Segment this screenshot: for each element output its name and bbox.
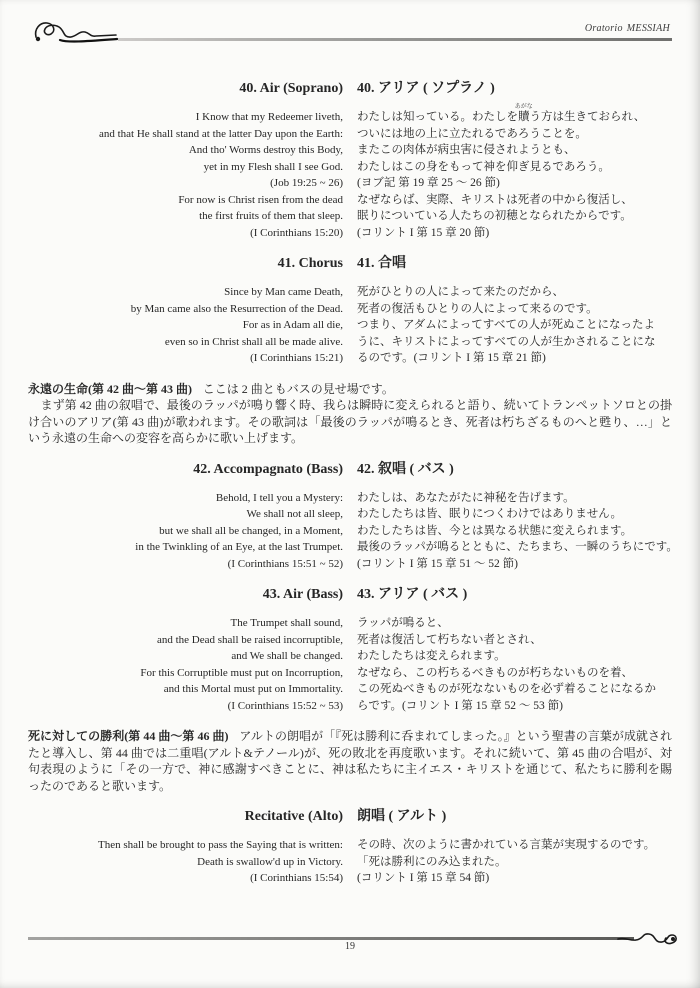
lyric-line: 最後のラッパが鳴るとともに、たちまち、一瞬のうちにです。 <box>357 539 672 556</box>
commentary-paragraph: 死に対しての勝利(第 44 曲〜第 46 曲)アルトの朗唱が「『死は勝利に呑まれ… <box>28 728 672 794</box>
section-40-air-soprano: 40. Air (Soprano) 40. アリア ( ソプラノ ) I Kno… <box>28 80 672 241</box>
commentary-heading: 死に対しての勝利(第 44 曲〜第 46 曲) <box>28 729 229 743</box>
piece-heading: 43. Air (Bass) 43. アリア ( バス ) <box>28 586 672 604</box>
lyrics-japanese: わたしは、あなたがたに神秘を告げます。わたしたちは皆、眠りにつくわけではありませ… <box>357 490 672 573</box>
lyric-line: (ヨブ記 第 19 章 25 〜 26 節) <box>357 175 672 192</box>
lyric-line: (I Corinthians 15:52 ~ 53) <box>28 698 343 715</box>
lyric-line: るのです。(コリント I 第 15 章 21 節) <box>357 350 672 367</box>
lyric-line: Then shall be brought to pass the Saying… <box>28 837 343 854</box>
piece-heading: Recitative (Alto) 朗唱 ( アルト ) <box>28 808 672 826</box>
page-content: 40. Air (Soprano) 40. アリア ( ソプラノ ) I Kno… <box>0 80 700 887</box>
lyric-line: なぜならば、実際、キリストは死者の中から復活し、 <box>357 192 672 209</box>
lyric-line: わたしは、あなたがたに神秘を告げます。 <box>357 490 672 507</box>
lyric-line: Behold, I tell you a Mystery: <box>28 490 343 507</box>
lyric-line: (I Corinthians 15:21) <box>28 350 343 367</box>
lyric-line: 死がひとりの人によって来たのだから、 <box>357 284 672 301</box>
lyric-line: らです。(コリント I 第 15 章 52 〜 53 節) <box>357 698 672 715</box>
lyric-line: またこの肉体が病虫害に侵されようとも、 <box>357 142 672 159</box>
lyric-line: and this Mortal must put on Immortality. <box>28 681 343 698</box>
furigana-text: あがな <box>515 104 533 110</box>
running-title-messiah: MESSIAH <box>627 23 670 34</box>
lyric-line: わたしたちは皆、今とは異なる状態に変えられます。 <box>357 523 672 540</box>
lyrics-english: Since by Man came Death,by Man came also… <box>28 284 343 367</box>
piece-body: The Trumpet shall sound,and the Dead sha… <box>28 615 672 714</box>
lyric-line: Death is swallow'd up in Victory. <box>28 854 343 871</box>
lyrics-english: The Trumpet shall sound,and the Dead sha… <box>28 615 343 714</box>
lyrics-english: Behold, I tell you a Mystery:We shall no… <box>28 490 343 573</box>
lyric-line: I Know that my Redeemer liveth, <box>28 109 343 126</box>
lyrics-japanese-rest: ついには地の上に立たれるであろうことを。またこの肉体が病虫害に侵されようとも、わ… <box>357 126 672 242</box>
commentary-eternal-life: 永遠の生命(第 42 曲〜第 43 曲)ここは 2 曲ともバスの見せ場です。 ま… <box>28 381 672 447</box>
section-41-chorus: 41. Chorus 41. 合唱 Since by Man came Deat… <box>28 255 672 367</box>
running-title-oratorio: Oratorio <box>585 23 623 34</box>
piece-heading: 41. Chorus 41. 合唱 <box>28 255 672 273</box>
lyrics-english: Then shall be brought to pass the Saying… <box>28 837 343 887</box>
lyric-line: わたしたちは皆、眠りにつくわけではありません。 <box>357 506 672 523</box>
lyrics-japanese: ラッパが鳴ると、死者は復活して朽ちない者とされ、わたしたちは変えられます。なぜな… <box>357 615 672 714</box>
lyric-line: For as in Adam all die, <box>28 317 343 334</box>
lyric-line: ラッパが鳴ると、 <box>357 615 672 632</box>
lyric-line: (I Corinthians 15:54) <box>28 870 343 887</box>
lyric-line: and the Dead shall be raised incorruptib… <box>28 632 343 649</box>
lyric-line: the first fruits of them that sleep. <box>28 208 343 225</box>
section-recitative-alto: Recitative (Alto) 朗唱 ( アルト ) Then shall … <box>28 808 672 887</box>
lyric-line: even so in Christ shall all be made aliv… <box>28 334 343 351</box>
commentary-title-line: 永遠の生命(第 42 曲〜第 43 曲)ここは 2 曲ともバスの見せ場です。 <box>28 381 672 398</box>
piece-title-english: 41. Chorus <box>28 255 343 273</box>
lyric-line-with-ruby: わたしは知っている。わたしをあがな贖う方は生きておられ、 <box>357 109 672 126</box>
piece-title-japanese: 朗唱 ( アルト ) <box>357 808 672 826</box>
lyric-line: and that He shall stand at the latter Da… <box>28 126 343 143</box>
ruby-annotation: あがな贖 <box>518 109 530 126</box>
lyric-line: その時、次のように書かれている言葉が実現するのです。 <box>357 837 672 854</box>
lyric-line: この死ぬべきものが死なないものを必ず着ることになるか <box>357 681 672 698</box>
piece-body: Behold, I tell you a Mystery:We shall no… <box>28 490 672 573</box>
lyric-line: (I Corinthians 15:20) <box>28 225 343 242</box>
lyrics-english: I Know that my Redeemer liveth,and that … <box>28 109 343 241</box>
lyric-line: but we shall all be changed, in a Moment… <box>28 523 343 540</box>
commentary-body: まず第 42 曲の叙唱で、最後のラッパが鳴り響く時、我らは瞬時に変えられると語り… <box>28 397 672 447</box>
lyric-line: (コリント I 第 15 章 20 節) <box>357 225 672 242</box>
lyric-line: 眠りについている人たちの初穂となられたからです。 <box>357 208 672 225</box>
lyric-text: わたしは知っている。わたしを <box>357 111 518 123</box>
lyric-line: (I Corinthians 15:51 ~ 52) <box>28 556 343 573</box>
lyric-line: 死者は復活して朽ちない者とされ、 <box>357 632 672 649</box>
section-43-air-bass: 43. Air (Bass) 43. アリア ( バス ) The Trumpe… <box>28 586 672 714</box>
piece-title-japanese: 42. 叙唱 ( バス ) <box>357 461 672 479</box>
lyric-line: Since by Man came Death, <box>28 284 343 301</box>
lyric-line: For now is Christ risen from the dead <box>28 192 343 209</box>
piece-title-japanese: 40. アリア ( ソプラノ ) <box>357 80 672 98</box>
lyric-line: (コリント I 第 15 章 51 〜 52 節) <box>357 556 672 573</box>
piece-heading: 42. Accompagnato (Bass) 42. 叙唱 ( バス ) <box>28 461 672 479</box>
lyric-line: 「死は勝利にのみ込まれた。 <box>357 854 672 871</box>
lyric-line: and We shall be changed. <box>28 648 343 665</box>
lyric-line: And tho' Worms destroy this Body, <box>28 142 343 159</box>
lyric-line: わたしたちは変えられます。 <box>357 648 672 665</box>
lyric-line: in the Twinkling of an Eye, at the last … <box>28 539 343 556</box>
lyric-line: わたしはこの身をもって神を仰ぎ見るであろう。 <box>357 159 672 176</box>
piece-title-japanese: 41. 合唱 <box>357 255 672 273</box>
ruby-base-text: 贖 <box>518 111 530 123</box>
piece-title-english: 40. Air (Soprano) <box>28 80 343 98</box>
header-rule <box>118 38 672 41</box>
lyric-line: ついには地の上に立たれるであろうことを。 <box>357 126 672 143</box>
lyric-line: なぜなら、この朽ちるべきものが朽ちないものを着、 <box>357 665 672 682</box>
piece-title-english: 42. Accompagnato (Bass) <box>28 461 343 479</box>
lyric-line: We shall not all sleep, <box>28 506 343 523</box>
lyric-line: うに、キリストによってすべての人が生かされることにな <box>357 334 672 351</box>
lyric-line: The Trumpet shall sound, <box>28 615 343 632</box>
piece-title-japanese: 43. アリア ( バス ) <box>357 586 672 604</box>
lyrics-japanese: わたしは知っている。わたしをあがな贖う方は生きておられ、 ついには地の上に立たれ… <box>357 109 672 241</box>
lyric-line: 死者の復活もひとりの人によって来るのです。 <box>357 301 672 318</box>
lyric-line: yet in my Flesh shall I see God. <box>28 159 343 176</box>
footer-rule <box>28 937 634 940</box>
commentary-heading: 永遠の生命(第 42 曲〜第 43 曲) <box>28 382 192 396</box>
piece-title-english: Recitative (Alto) <box>28 808 343 826</box>
lyric-line: (Job 19:25 ~ 26) <box>28 175 343 192</box>
page-number: 19 <box>0 941 700 952</box>
piece-title-english: 43. Air (Bass) <box>28 586 343 604</box>
lyric-line: by Man came also the Resurrection of the… <box>28 301 343 318</box>
calligraphic-flourish-icon <box>30 16 118 46</box>
lyric-line: For this Corruptible must put on Incorru… <box>28 665 343 682</box>
lyrics-japanese: 死がひとりの人によって来たのだから、死者の復活もひとりの人によって来るのです。つ… <box>357 284 672 367</box>
lyric-text: う方は生きておられ、 <box>530 111 646 123</box>
piece-body: I Know that my Redeemer liveth,and that … <box>28 109 672 241</box>
lyrics-japanese: その時、次のように書かれている言葉が実現するのです。「死は勝利にのみ込まれた。(… <box>357 837 672 887</box>
running-title: OratorioMESSIAH <box>585 23 670 34</box>
commentary-lead: ここは 2 曲ともバスの見せ場です。 <box>203 382 394 396</box>
commentary-victory-over-death: 死に対しての勝利(第 44 曲〜第 46 曲)アルトの朗唱が「『死は勝利に呑まれ… <box>28 728 672 794</box>
piece-heading: 40. Air (Soprano) 40. アリア ( ソプラノ ) <box>28 80 672 98</box>
piece-body: Then shall be brought to pass the Saying… <box>28 837 672 887</box>
lyric-line: (コリント I 第 15 章 54 節) <box>357 870 672 887</box>
section-42-accompagnato-bass: 42. Accompagnato (Bass) 42. 叙唱 ( バス ) Be… <box>28 461 672 573</box>
lyric-line: つまり、アダムによってすべての人が死ぬことになったよ <box>357 317 672 334</box>
page-header: OratorioMESSIAH <box>0 0 700 66</box>
piece-body: Since by Man came Death,by Man came also… <box>28 284 672 367</box>
program-page: OratorioMESSIAH 40. Air (Soprano) 40. アリ… <box>0 0 700 988</box>
